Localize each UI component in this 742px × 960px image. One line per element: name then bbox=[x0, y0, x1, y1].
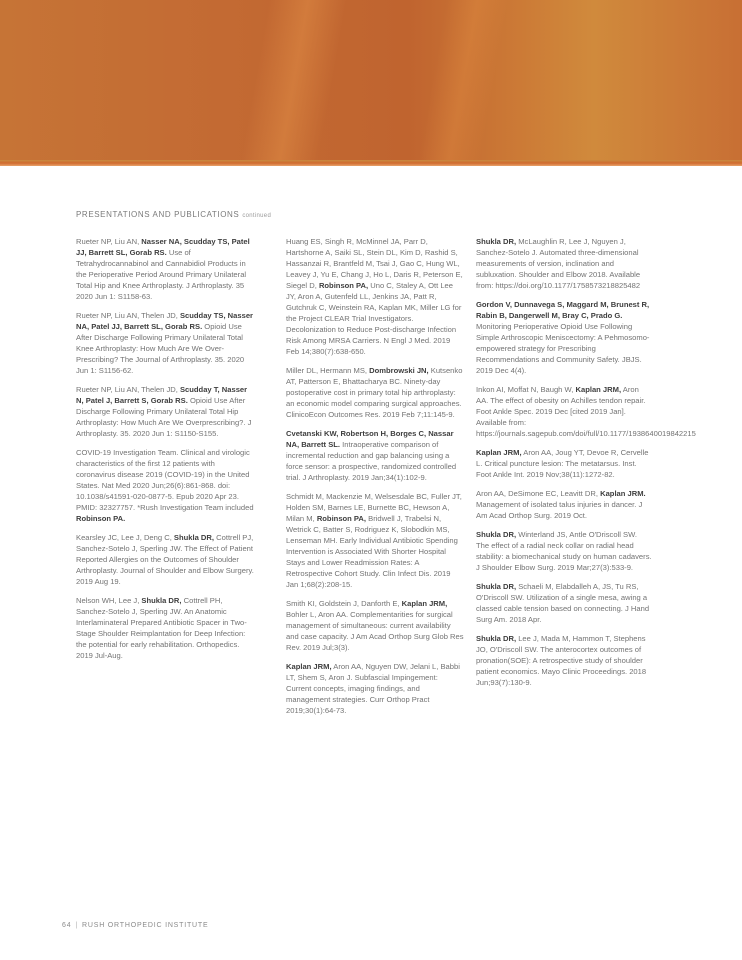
citation-entry: Gordon V, Dunnavega S, Maggard M, Brunes… bbox=[476, 299, 652, 376]
citation-text: Management of isolated talus injuries in… bbox=[476, 500, 642, 520]
citation-entry: Kaplan JRM, Aron AA, Nguyen DW, Jelani L… bbox=[286, 661, 464, 716]
column-1: Rueter NP, Liu AN, Nasser NA, Scudday TS… bbox=[76, 236, 256, 669]
citation-authors: Kaplan JRM, bbox=[402, 599, 448, 608]
citation-entry: Schmidt M, Mackenzie M, Welsesdale BC, F… bbox=[286, 491, 464, 590]
citation-authors: Dombrowski JN, bbox=[369, 366, 429, 375]
citation-text: Monitoring Perioperative Opioid Use Foll… bbox=[476, 322, 649, 375]
citation-pre: Miller DL, Hermann MS, bbox=[286, 366, 369, 375]
banner-stripe bbox=[0, 160, 742, 166]
column-2: Huang ES, Singh R, McMinnel JA, Parr D, … bbox=[286, 236, 464, 724]
citation-entry: Shukla DR, McLaughlin R, Lee J, Nguyen J… bbox=[476, 236, 652, 291]
citation-authors: Shukla DR, bbox=[476, 634, 516, 643]
citation-authors: Kaplan JRM, bbox=[286, 662, 332, 671]
section-title: Presentations and Publicationscontinued bbox=[76, 210, 271, 219]
citation-entry: COVID-19 Investigation Team. Clinical an… bbox=[76, 447, 256, 524]
citation-authors: Shukla DR, bbox=[476, 530, 516, 539]
citation-entry: Cvetanski KW, Robertson H, Borges C, Nas… bbox=[286, 428, 464, 483]
citation-pre: Aron AA, DeSimone EC, Leavitt DR, bbox=[476, 489, 600, 498]
citation-entry: Aron AA, DeSimone EC, Leavitt DR, Kaplan… bbox=[476, 488, 652, 521]
citation-entry: Kearsley JC, Lee J, Deng C, Shukla DR, C… bbox=[76, 532, 256, 587]
citation-authors: Shukla DR, bbox=[476, 237, 516, 246]
citation-authors: Gordon V, Dunnavega S, Maggard M, Brunes… bbox=[476, 300, 649, 320]
publication-name: Rush Orthopedic Institute bbox=[82, 922, 208, 929]
footer-separator: | bbox=[75, 922, 78, 929]
citation-entry: Kaplan JRM, Aron AA, Joug YT, Devoe R, C… bbox=[476, 447, 652, 480]
citation-text: Cottrell PH, Sanchez-Sotelo J, Sperling … bbox=[76, 596, 247, 660]
citation-authors: Robinson PA, bbox=[317, 514, 366, 523]
citation-authors: Shukla DR, bbox=[174, 533, 214, 542]
citation-entry: Inkon AI, Moffat N, Baugh W, Kaplan JRM,… bbox=[476, 384, 652, 439]
section-title-text: Presentations and Publications bbox=[76, 210, 239, 219]
citation-text: Uno C, Staley A, Ott Lee JY, Aron A, Gut… bbox=[286, 281, 461, 356]
citation-entry: Miller DL, Hermann MS, Dombrowski JN, Ku… bbox=[286, 365, 464, 420]
citation-authors: Shukla DR, bbox=[141, 596, 181, 605]
citation-authors: Kaplan JRM, bbox=[476, 448, 522, 457]
citation-text: Bridwell J, Trabelsi N, Wetrick C, Batte… bbox=[286, 514, 458, 589]
citation-entry: Nelson WH, Lee J, Shukla DR, Cottrell PH… bbox=[76, 595, 256, 661]
page-number: 64 bbox=[62, 922, 71, 929]
citation-pre: Inkon AI, Moffat N, Baugh W, bbox=[476, 385, 575, 394]
citation-pre: Rueter NP, Liu AN, bbox=[76, 237, 141, 246]
citation-entry: Shukla DR, Winterland JS, Antle O'Drisco… bbox=[476, 529, 652, 573]
citation-pre: Nelson WH, Lee J, bbox=[76, 596, 141, 605]
citation-entry: Shukla DR, Lee J, Mada M, Hammon T, Step… bbox=[476, 633, 652, 688]
page-footer: 64|Rush Orthopedic Institute bbox=[62, 922, 208, 929]
header-banner-image bbox=[0, 0, 742, 160]
citation-authors: Shukla DR, bbox=[476, 582, 516, 591]
citation-pre: COVID-19 Investigation Team. Clinical an… bbox=[76, 448, 254, 512]
citation-entry: Shukla DR, Schaeli M, Elabdalleh A, JS, … bbox=[476, 581, 652, 625]
citation-text: Bohler L, Aron AA. Complementarities for… bbox=[286, 610, 464, 652]
citation-entry: Rueter NP, Liu AN, Thelen JD, Scudday TS… bbox=[76, 310, 256, 376]
continued-label: continued bbox=[242, 213, 271, 219]
citation-pre: Smith KI, Goldstein J, Danforth E, bbox=[286, 599, 402, 608]
citation-entry: Smith KI, Goldstein J, Danforth E, Kapla… bbox=[286, 598, 464, 653]
citation-entry: Rueter NP, Liu AN, Thelen JD, Scudday T,… bbox=[76, 384, 256, 439]
citation-entry: Rueter NP, Liu AN, Nasser NA, Scudday TS… bbox=[76, 236, 256, 302]
citation-pre: Kearsley JC, Lee J, Deng C, bbox=[76, 533, 174, 542]
column-3: Shukla DR, McLaughlin R, Lee J, Nguyen J… bbox=[476, 236, 652, 696]
citation-authors: Robinson PA, bbox=[319, 281, 368, 290]
citation-pre: Rueter NP, Liu AN, Thelen JD, bbox=[76, 311, 180, 320]
citation-entry: Huang ES, Singh R, McMinnel JA, Parr D, … bbox=[286, 236, 464, 357]
citation-authors: Kaplan JRM. bbox=[600, 489, 646, 498]
citation-pre: Rueter NP, Liu AN, Thelen JD, bbox=[76, 385, 180, 394]
citation-authors: Robinson PA. bbox=[76, 514, 125, 523]
citation-authors: Kaplan JRM, bbox=[575, 385, 621, 394]
